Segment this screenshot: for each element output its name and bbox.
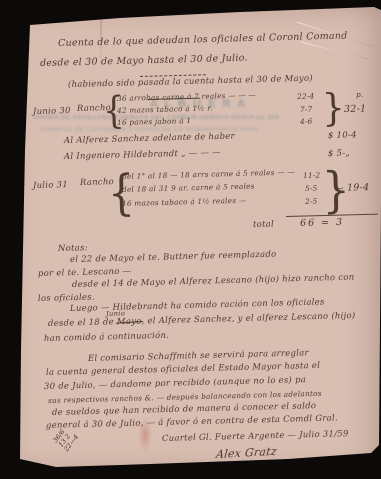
item-amount: 2-5 — [305, 197, 318, 206]
advance-line: Al Ingeniero Hildebrandt „ — — — — [64, 148, 221, 162]
note-line: han comido á continuación. — [44, 331, 169, 344]
paper-crease — [301, 42, 369, 60]
item-amount: 4-6 — [300, 117, 313, 126]
struck-word: Mayo — [117, 317, 142, 328]
scanned-document-photo: A L B U E R A ORDEN DE ARTILLERIA FUERZA… — [0, 0, 381, 479]
entry-date: Julio 31 — [33, 180, 68, 191]
advance-amount: $ 5-„ — [328, 148, 350, 159]
manuscript-paper: A L B U E R A ORDEN DE ARTILLERIA FUERZA… — [0, 0, 381, 479]
advance-amount: $ 10-4 — [328, 130, 357, 141]
header-line-2: desde el 30 de Mayo hasta el 30 de Julio… — [40, 53, 248, 69]
entry-subtotal: — 19-4 — [334, 182, 370, 194]
entry-subtotal: 32-1 — [344, 103, 367, 115]
advance-line: Al Alferez Sanchez adelante de haber — [64, 132, 235, 146]
item-amount: 22-4 — [297, 92, 315, 101]
dateline: Cuartel Gl. Fuerte Argente — Julio 31/59 — [162, 429, 349, 444]
note-line: desde el 18 de Mayo, el Alferez Sanchez,… — [48, 311, 356, 329]
item-amount: 7-7 — [300, 105, 313, 114]
note-line6-post: , el Alferez Sanchez, y el alferez Lesca… — [141, 311, 355, 327]
entry-date: Junio 30 — [33, 106, 71, 117]
rancho-item: 42 mazos tabaco á 1½ r. — [117, 103, 213, 115]
rancho-item: 16 panes jabon á 1 — [117, 116, 191, 127]
note-line: por el te. Lescano — — [38, 267, 132, 279]
header-parenthetical: (habiendo sido pasada la cuenta hasta el… — [68, 74, 313, 90]
item-amount: 11-2 — [303, 171, 321, 180]
rancho-item: 16 mazos tabaco á 1½ reales — — [122, 196, 247, 208]
total-label: total — [253, 219, 274, 230]
total-value: 66 = 3 — [300, 217, 344, 229]
closing-brace: } — [321, 87, 345, 131]
note-line6-pre: desde el 18 de — [48, 317, 114, 329]
subtotal-note: p. — [356, 90, 364, 99]
item-amount: 5-5 — [305, 184, 318, 193]
rancho-item: del 18 al 31 9 ar. carne á 5 reales — [122, 182, 255, 194]
note-line: el 22 de Mayo el te. Buttner fue reempla… — [70, 250, 277, 265]
rancho-item: del 1° al 18 — 18 arrs carne á 5 reales … — [122, 167, 295, 181]
notes-heading: Notas: — [58, 243, 88, 254]
note-line: los oficiales. — [38, 293, 95, 304]
signature: Alex Gratz — [215, 445, 278, 461]
